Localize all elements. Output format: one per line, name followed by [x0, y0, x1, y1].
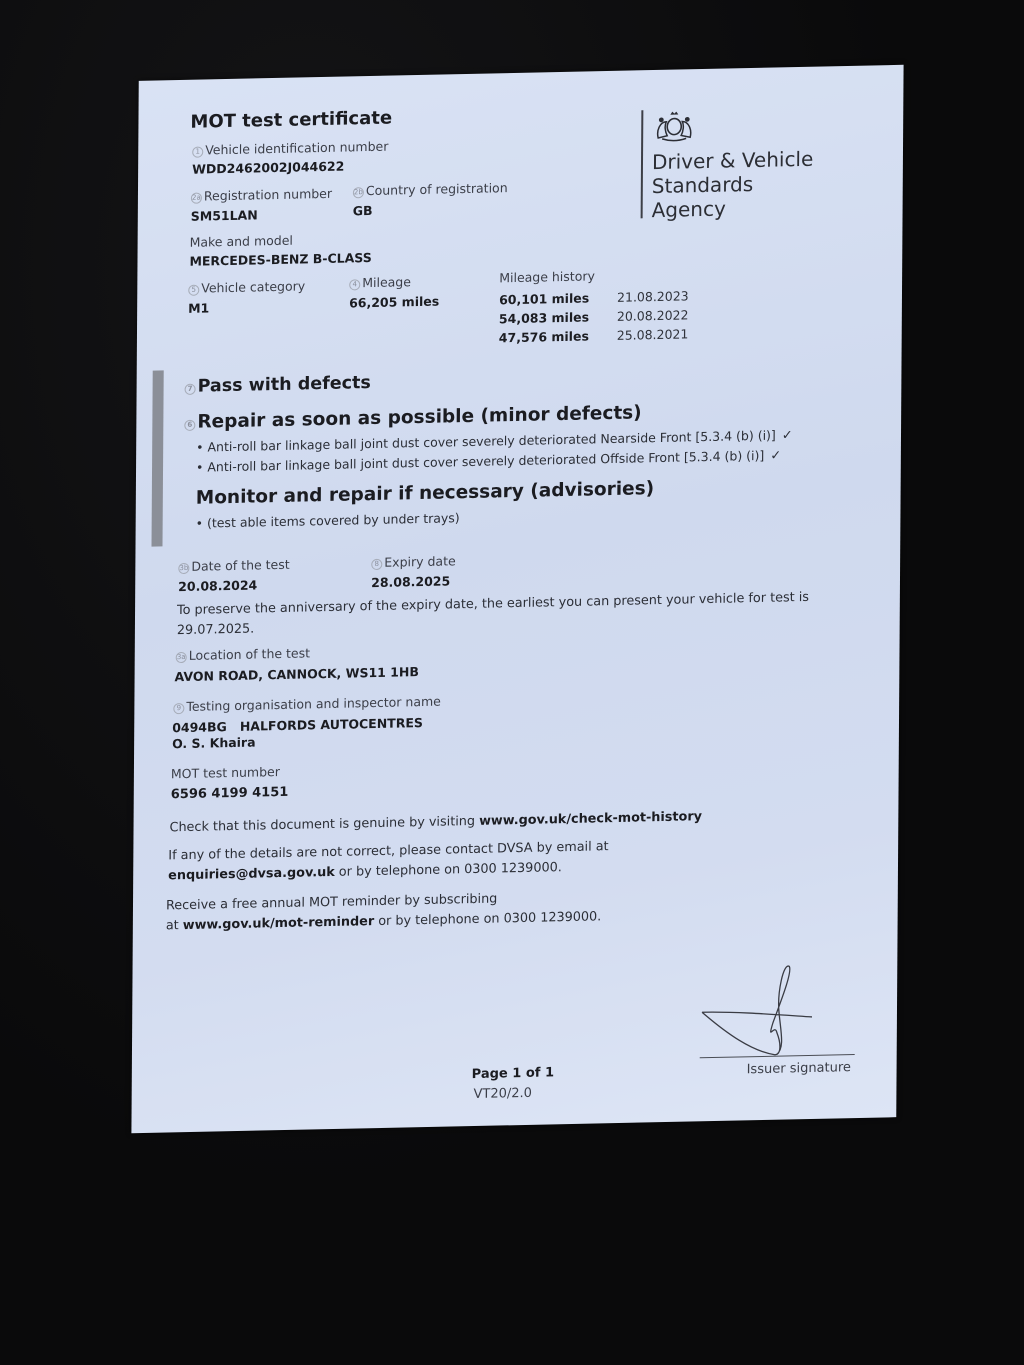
category-label: 5Vehicle category [188, 278, 305, 295]
advisory-item: • (test able items covered by under tray… [196, 508, 460, 533]
make-model-value: MERCEDES-BENZ B-CLASS [189, 250, 371, 269]
ref-marker: 5 [188, 285, 199, 296]
ref-marker: 6 [184, 420, 195, 431]
mileage-history-label: Mileage history [499, 268, 595, 285]
vin-label: 1Vehicle identification number [192, 139, 388, 158]
ref-marker: 1 [192, 146, 203, 157]
organisation-name: HALFORDS AUTOCENTRES [240, 715, 423, 734]
test-number-value: 6596 4199 4151 [171, 785, 289, 802]
mileage-value: 66,205 miles [349, 294, 439, 311]
ref-marker: 4 [349, 279, 360, 290]
result-section-bar [151, 370, 163, 546]
organisation-value: 0494BG HALFORDS AUTOCENTRES [172, 715, 423, 735]
royal-coat-of-arms-icon [652, 109, 696, 142]
organisation-code: 0494BG [172, 719, 227, 735]
ref-marker: 3b [178, 563, 189, 574]
page-number: Page 1 of 1 [472, 1065, 554, 1082]
agency-block: Driver & Vehicle Standards Agency [641, 107, 814, 219]
minor-defects-heading: 6Repair as soon as possible (minor defec… [184, 402, 641, 433]
signature-label: Issuer signature [747, 1060, 851, 1077]
form-code: VT20/2.0 [474, 1086, 533, 1102]
issuer-signature [697, 961, 868, 1065]
registration-label: 2aRegistration number [191, 186, 332, 204]
dvsa-email-link[interactable]: enquiries@dvsa.gov.uk [168, 865, 335, 883]
ref-marker: 2a [191, 193, 202, 204]
test-number-label: MOT test number [171, 764, 280, 781]
vin-value: WDD2462002J044622 [192, 159, 344, 177]
ref-marker: 7 [185, 384, 196, 395]
ref-marker: 8 [371, 559, 382, 570]
expiry-date-value: 28.08.2025 [371, 573, 450, 590]
handwritten-check-icon: ✓ [770, 448, 781, 463]
registration-value: SM51LAN [191, 207, 258, 223]
location-label: 3aLocation of the test [176, 645, 310, 663]
advisories-heading: Monitor and repair if necessary (advisor… [196, 478, 654, 509]
location-value: AVON ROAD, CANNOCK, WS11 1HB [175, 664, 419, 684]
mileage-label: 4Mileage [349, 274, 411, 290]
country-label: 2bCountry of registration [353, 180, 508, 198]
handwritten-check-icon: ✓ [782, 428, 793, 443]
check-mot-history-link[interactable]: www.gov.uk/check-mot-history [479, 809, 702, 829]
agency-name: Driver & Vehicle Standards Agency [652, 147, 814, 222]
inspector-name: O. S. Khaira [172, 735, 256, 752]
ref-marker: 9 [173, 703, 184, 714]
mileage-history-row: 47,576 miles 25.08.2021 [499, 324, 689, 347]
country-value: GB [353, 203, 373, 218]
anniversary-note: To preserve the anniversary of the expir… [177, 588, 827, 642]
expiry-date-label: 8Expiry date [371, 553, 455, 570]
test-date-value: 20.08.2024 [178, 577, 257, 594]
mot-certificate-paper: MOT test certificate Driver & Vehicle St… [131, 65, 903, 1133]
document-title: MOT test certificate [190, 108, 392, 133]
category-value: M1 [188, 300, 209, 315]
organisation-label: 9Testing organisation and inspector name [173, 694, 441, 715]
ref-marker: 3a [176, 652, 187, 663]
genuine-check-text: Check that this document is genuine by v… [169, 807, 702, 838]
reminder-text: Receive a free annual MOT reminder by su… [166, 883, 806, 936]
make-model-label: Make and model [190, 233, 293, 250]
ref-marker: 2b [353, 187, 364, 198]
test-date-label: 3bDate of the test [178, 557, 289, 574]
mot-reminder-link[interactable]: www.gov.uk/mot-reminder [183, 914, 375, 933]
contact-text: If any of the details are not correct, p… [168, 833, 808, 886]
mileage-history-list: 60,101 miles 21.08.2023 54,083 miles 20.… [499, 286, 689, 347]
result-status: 7Pass with defects [185, 373, 371, 397]
